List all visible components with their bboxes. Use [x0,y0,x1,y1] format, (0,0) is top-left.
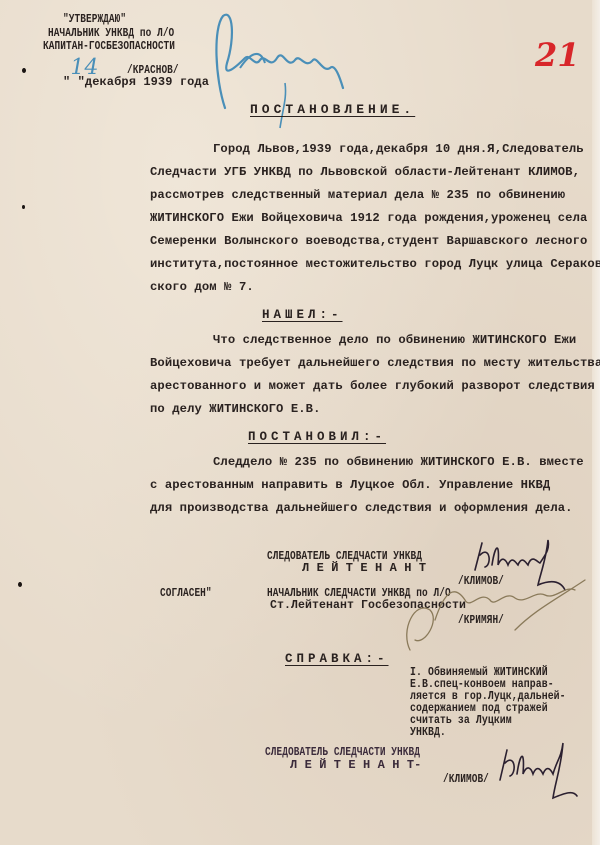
note-heading: СПРАВКА:- [285,652,389,667]
chief-signature [395,560,595,660]
resolved-heading: ПОСТАНОВИЛ:- [248,430,386,445]
punch-mark [22,68,26,73]
punch-mark [22,205,25,209]
intro-line: Семеренки Волынского воеводства,студент … [150,234,587,249]
page-number: 21 [535,48,580,63]
resolved-line: с арестованным направить в Луцкое Обл. У… [150,478,550,493]
note-line: УНКВД. [410,725,446,740]
document-page: "УТВЕРЖДАЮ" НАЧАЛЬНИК УНКВД по Л/О КАПИТ… [0,0,600,845]
intro-line: рассмотрев следственный материал дела № … [150,188,565,203]
handwritten-day: 14 [69,60,100,75]
resolved-line: Следдело № 235 по обвинению ЖИТИНСКОГО Е… [213,455,584,470]
intro-line: Следчасти УГБ УНКВД по Львовской области… [150,165,580,180]
approval-title-line2: КАПИТАН-ГОСБЕЗОПАСНОСТИ [43,39,175,54]
final-investigator-name: /КЛИМОВ/ [443,772,489,787]
approval-stamp: "УТВЕРЖДАЮ" [63,12,126,27]
found-line: по делу ЖИТИНСКОГО Е.В. [150,402,321,417]
final-signature [495,738,595,808]
found-line: Что следственное дело по обвинению ЖИТИН… [213,333,576,348]
found-line: Войцеховича требует дальнейшего следстви… [150,356,600,371]
intro-line: ЖИТИНСКОГО Ежи Войцеховича 1912 года рож… [150,211,587,226]
paper-edge [592,0,600,845]
final-investigator-rank: Л Е Й Т Е Н А Н Т- [290,758,421,773]
found-line: арестованного и может дать более глубоки… [150,379,595,394]
intro-line: института,постоянное местожительство гор… [150,257,600,272]
resolved-line: для производства дальнейшего следствия и… [150,501,573,516]
intro-line: Город Львов,1939 года,декабря 10 дня.Я,С… [213,142,584,157]
agreed-label: СОГЛАСЕН" [160,586,212,601]
punch-mark [18,582,22,587]
document-title: ПОСТАНОВЛЕНИЕ. [250,102,415,117]
intro-line: ского дом № 7. [150,280,254,295]
found-heading: НАШЕЛ:- [262,308,343,323]
